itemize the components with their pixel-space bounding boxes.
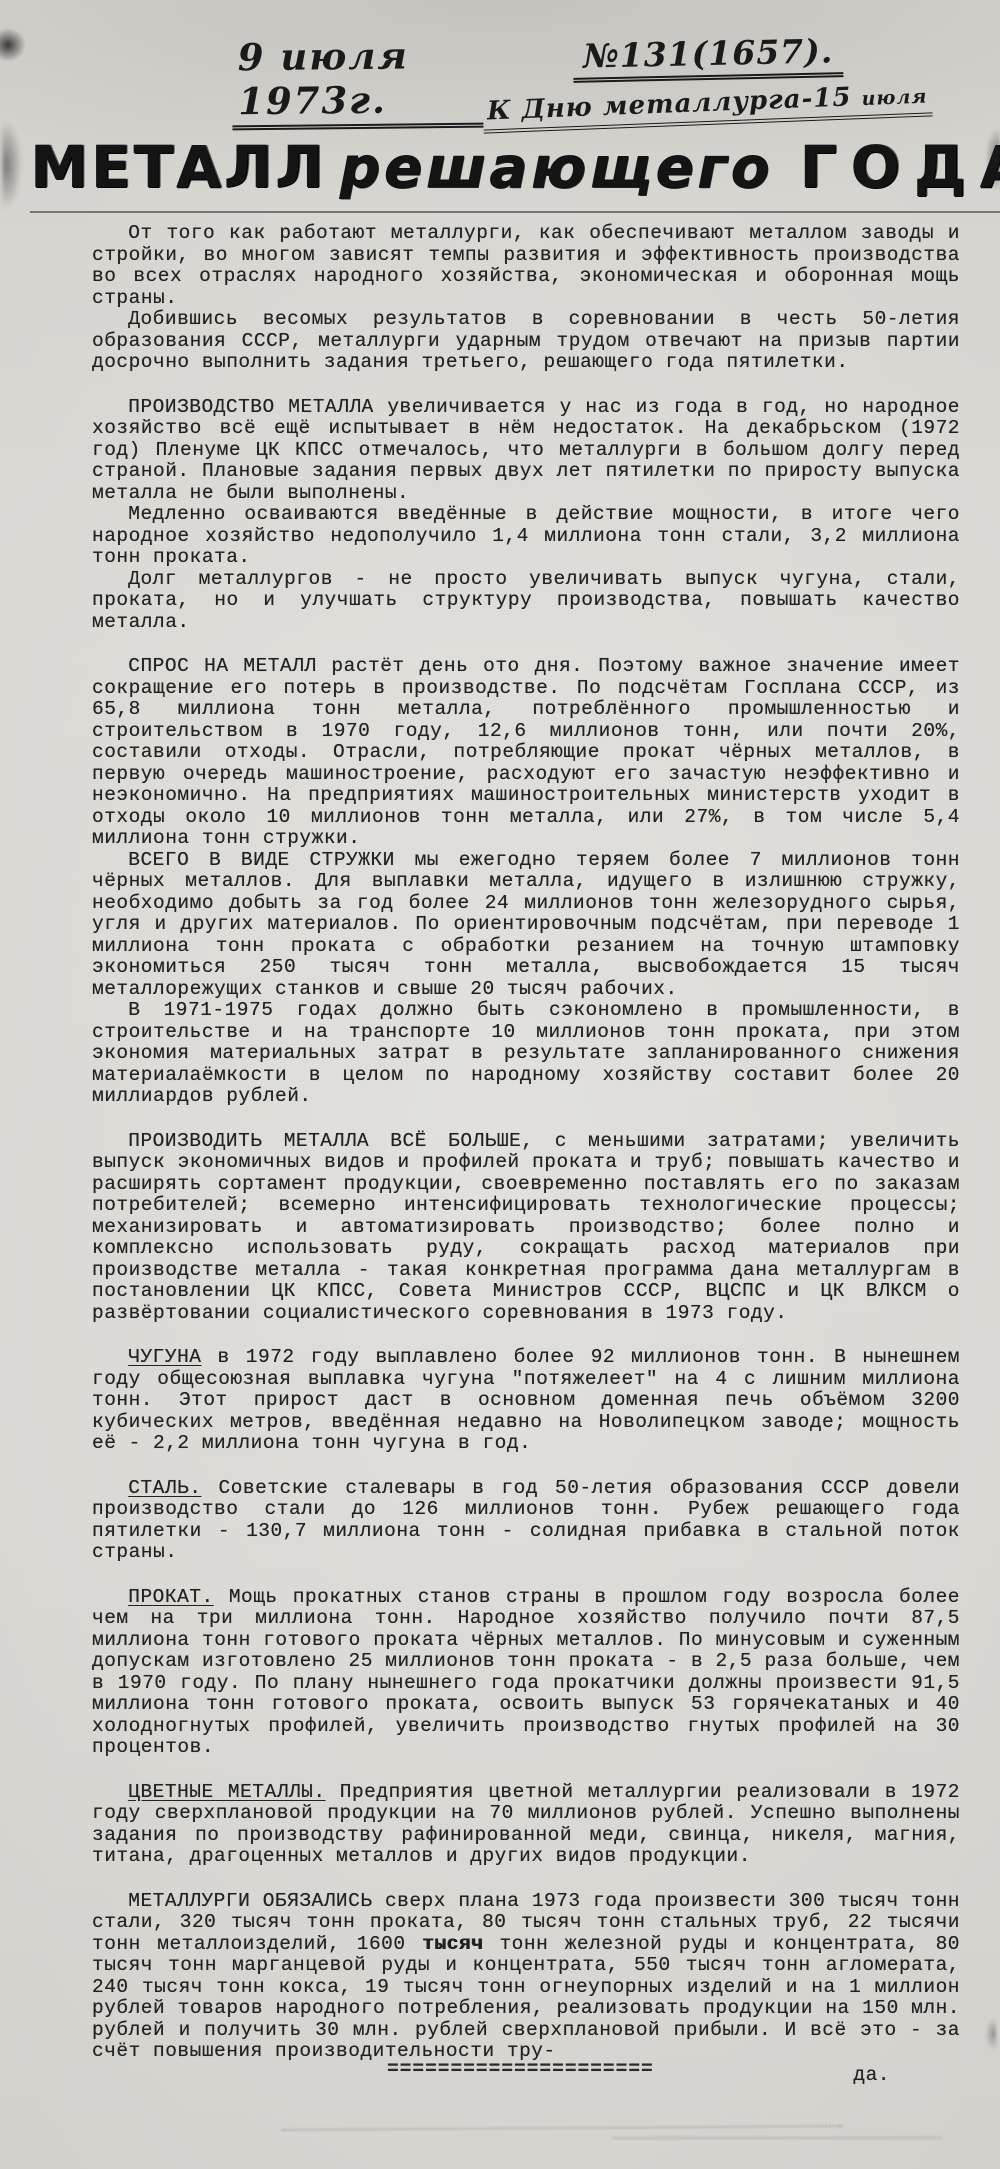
occasion-tail: июля: [862, 86, 929, 111]
paper-artifact: [2, 120, 22, 210]
paragraph-text: Советские сталевары в год 50-летия образ…: [92, 1477, 960, 1564]
paragraph: Долг металлургов - не просто увеличивать…: [92, 569, 960, 634]
paragraph: ПРОИЗВОДСТВО МЕТАЛЛА увеличивается у нас…: [92, 397, 960, 505]
issue-number: №131(1657).: [572, 31, 843, 83]
paragraph: ВСЕГО В ВИДЕ СТРУЖКИ мы ежегодно теряем …: [92, 850, 960, 1001]
paragraph-lead: СПРОС НА МЕТАЛЛ: [128, 655, 316, 677]
paragraph-lead: ЦВЕТНЫЕ МЕТАЛЛЫ.: [128, 1781, 325, 1803]
paper-artifact: [986, 2019, 996, 2049]
paragraph: СТАЛЬ. Советские сталевары в год 50-лети…: [92, 1478, 960, 1564]
paragraph-lead: ПРОИЗВОДСТВО МЕТАЛЛА: [128, 396, 373, 418]
paragraph: Добившись весомых результатов в соревнов…: [92, 309, 960, 374]
paragraph-pledges: МЕТАЛЛУРГИ ОБЯЗАЛИСЬ сверх плана 1973 го…: [92, 1891, 960, 2063]
paragraph-lead: ПРОКАТ.: [128, 1586, 213, 1608]
bold-emphasis: тысяч: [422, 1933, 483, 1955]
headline-word-goda: ГОДА: [800, 133, 1000, 201]
footer-divider: =====================: [387, 2059, 654, 2081]
paragraph: В 1971-1975 годах должно быть сэкономлен…: [92, 1000, 960, 1108]
faint-smudge: [612, 2133, 942, 2139]
paper-artifact: [0, 28, 26, 62]
occasion-text: К Дню металлурга-15: [487, 82, 853, 126]
paragraph: СПРОС НА МЕТАЛЛ растёт день ото дня. Поэ…: [92, 656, 960, 850]
paragraph-text: От того как работают металлурги, как обе…: [92, 222, 960, 309]
occasion-line: К Дню металлурга-15 июля: [483, 79, 933, 133]
paragraph: От того как работают металлурги, как обе…: [92, 223, 960, 309]
paragraph-text: Медленно осваиваются введённые в действи…: [92, 503, 960, 568]
paragraph-text: растёт день ото дня. Поэтому важное знач…: [92, 655, 960, 849]
document-page: 9 июля 1973г. №131(1657). К Дню металлур…: [0, 0, 1000, 2169]
paragraph-text: Долг металлургов - не просто увеличивать…: [92, 568, 960, 633]
paragraph-lead: СТАЛЬ.: [128, 1477, 201, 1499]
paragraph: ПРОИЗВОДИТЬ МЕТАЛЛА ВСЁ БОЛЬШЕ, с меньши…: [92, 1131, 960, 1325]
paragraph-lead: ВСЕГО В ВИДЕ СТРУЖКИ: [128, 849, 395, 871]
issue-block: №131(1657). К Дню металлурга-15 июля: [483, 34, 932, 125]
paragraph-text: в 1972 году выплавлено более 92 миллионо…: [92, 1346, 960, 1454]
paragraph: ПРОКАТ. Мощь прокатных станов страны в п…: [92, 1587, 960, 1759]
footer-continuation: да.: [853, 2065, 890, 2087]
header: 9 июля 1973г. №131(1657). К Дню металлур…: [92, 34, 960, 129]
headline-word-reshayushchego: решающего: [340, 136, 773, 201]
paragraph: ЦВЕТНЫЕ МЕТАЛЛЫ. Предприятия цветной мет…: [92, 1782, 960, 1868]
paragraph: ЧУГУНА в 1972 году выплавлено более 92 м…: [92, 1347, 960, 1455]
paragraph-text: мы ежегодно теряем более 7 миллионов тон…: [92, 849, 960, 1000]
paragraph-lead: МЕТАЛЛУРГИ ОБЯЗАЛИСЬ: [128, 1890, 372, 1912]
article: От того как работают металлурги, как обе…: [92, 223, 960, 2139]
paragraph: Медленно осваиваются введённые в действи…: [92, 504, 960, 569]
headline-word-metall: МЕТАЛЛ: [30, 133, 326, 201]
faint-smudge: [282, 2117, 842, 2131]
paragraph-text: В 1971-1975 годах должно быть сэкономлен…: [92, 999, 960, 1107]
paragraph-text: Мощь прокатных станов страны в прошлом г…: [92, 1586, 960, 1759]
footer-row: ===================== да.: [92, 2063, 960, 2093]
headline: МЕТАЛЛрешающегоГОДА: [30, 133, 1000, 213]
paragraph-text: Добившись весомых результатов в соревнов…: [92, 308, 960, 373]
paragraph-lead: ЧУГУНА: [128, 1346, 201, 1368]
paragraph-text: , с меньшими затратами; увеличить выпуск…: [92, 1130, 960, 1324]
paragraph-lead: ПРОИЗВОДИТЬ МЕТАЛЛА ВСЁ БОЛЬШЕ: [128, 1130, 521, 1152]
date-line: 9 июля 1973г.: [232, 33, 484, 131]
